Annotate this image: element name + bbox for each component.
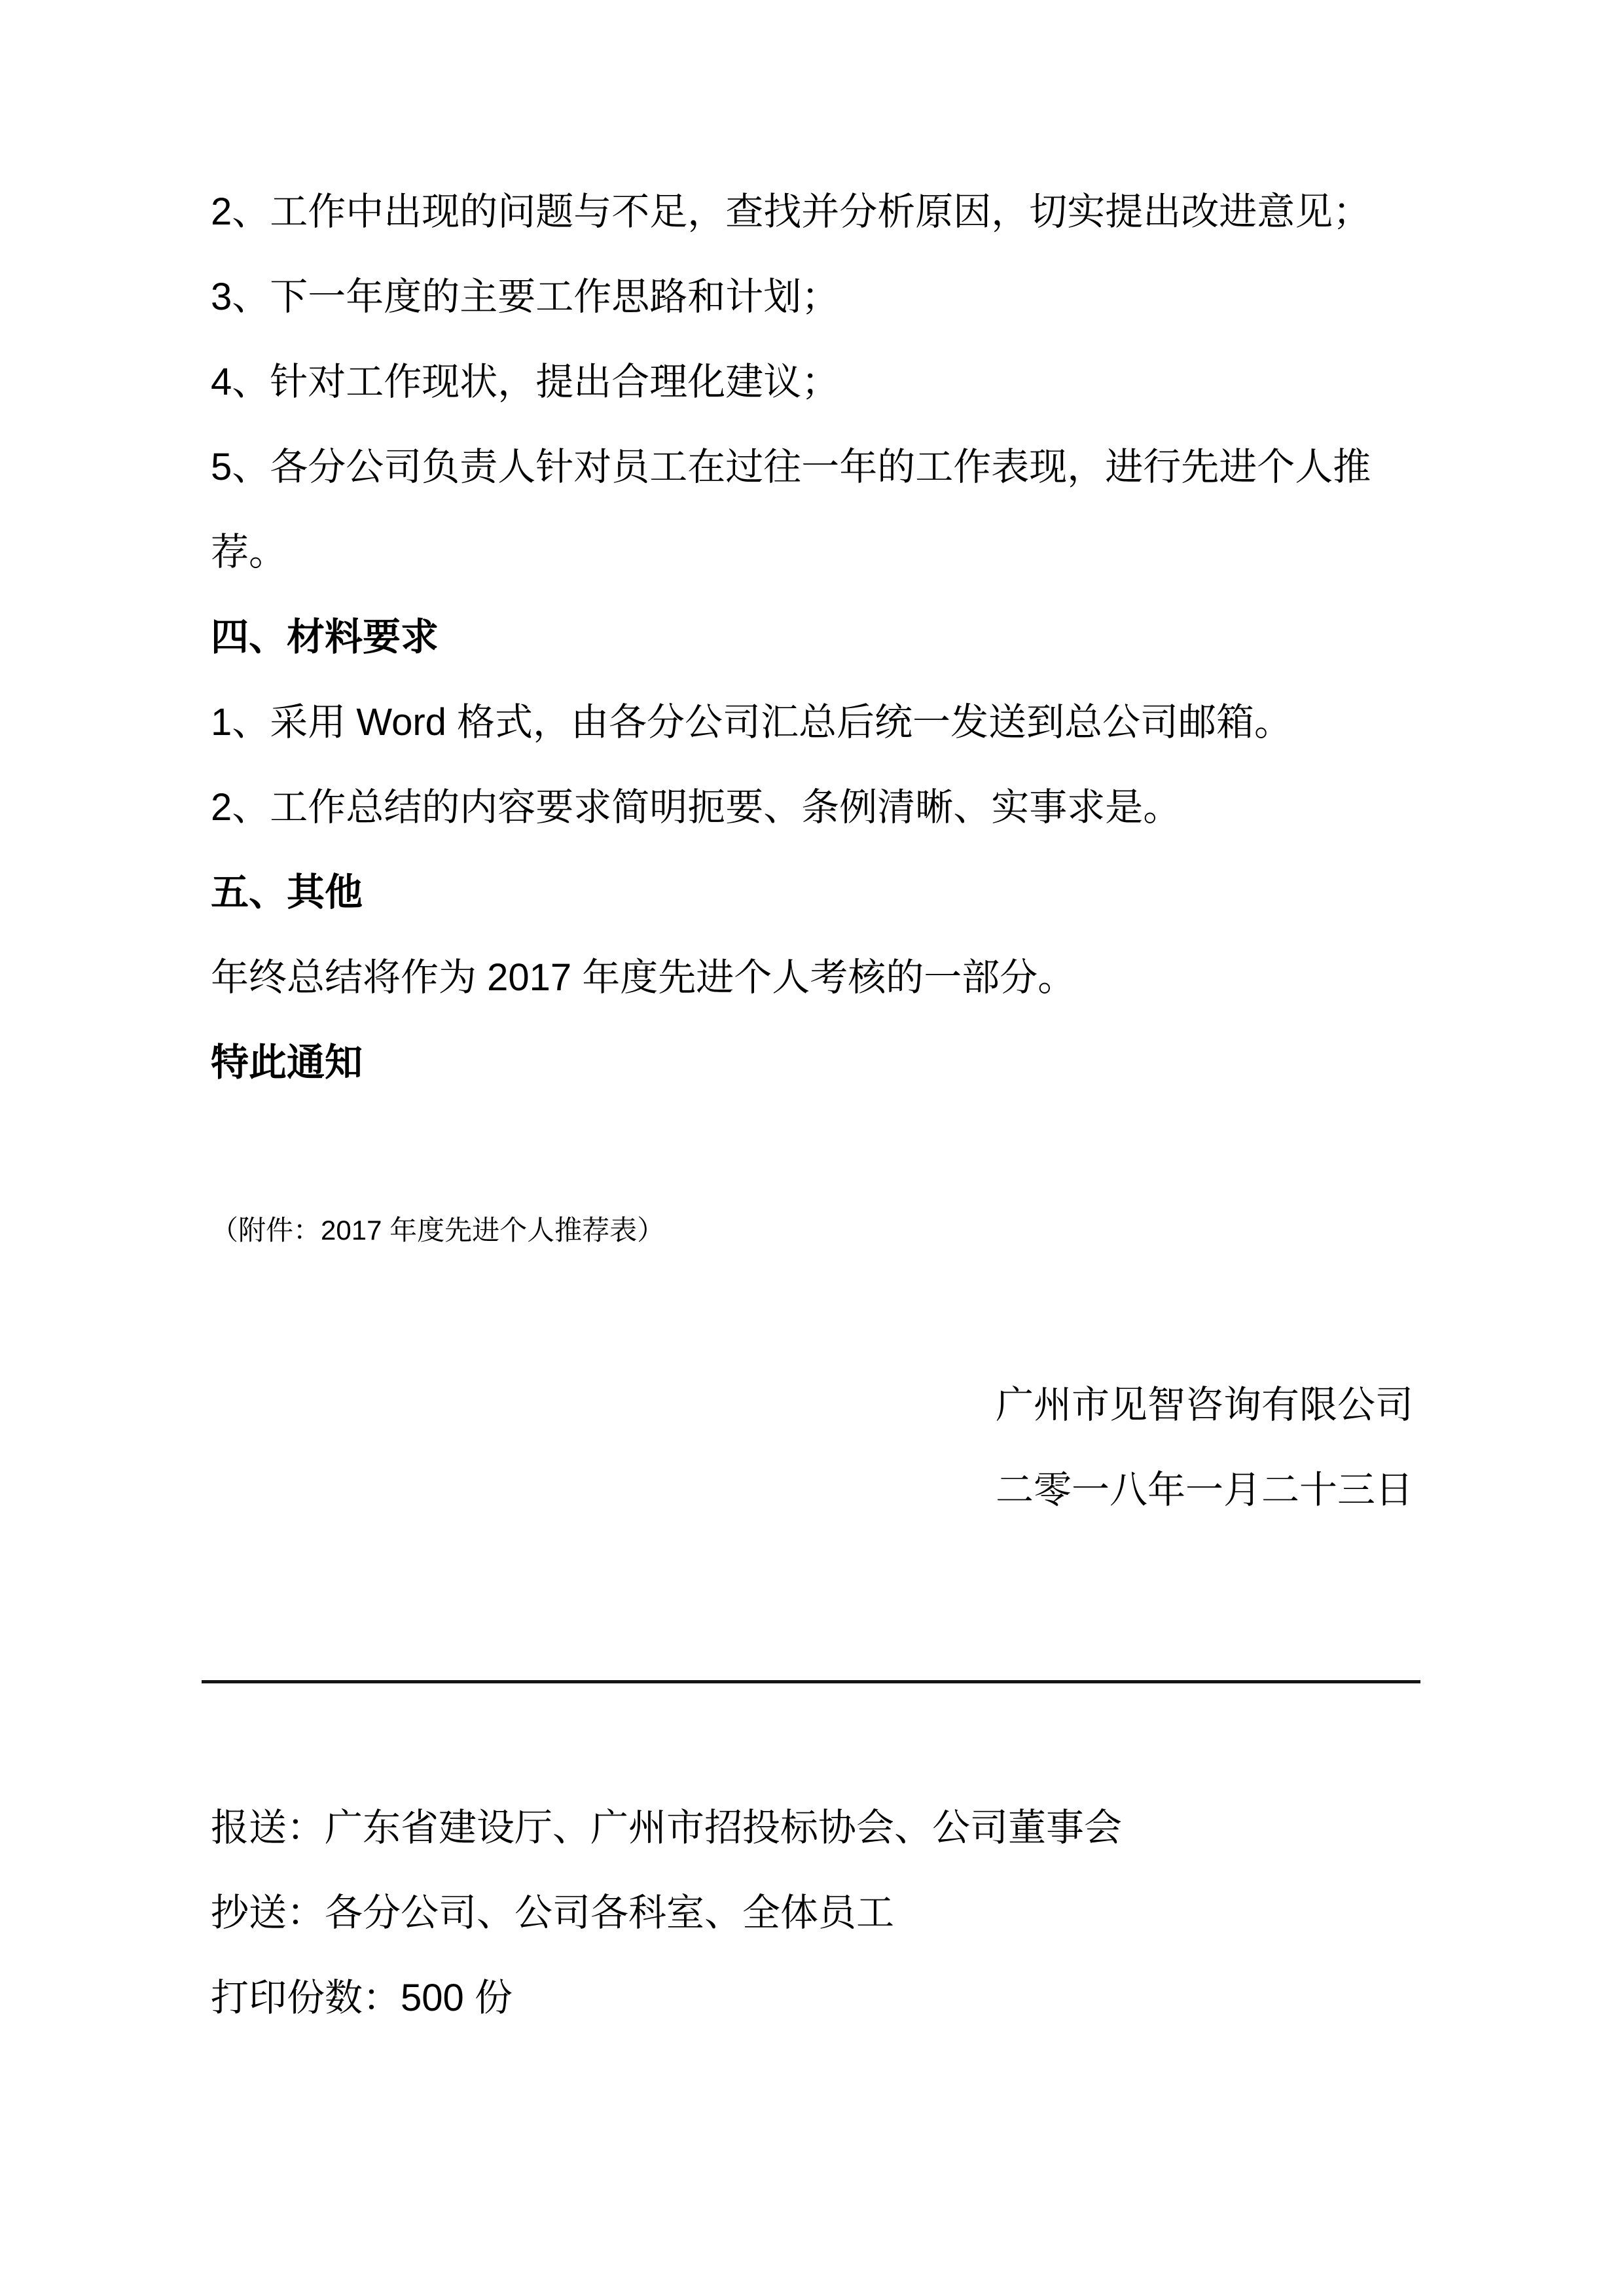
document-page: 2、工作中出现的问题与不足，查找并分析原因，切实提出改进意见； 3、下一年度的主… — [0, 0, 1624, 2296]
footer-print-count-line: 打印份数：500 份 — [211, 1956, 1413, 2041]
section4-item-1: 1、采用 Word 格式，由各分公司汇总后统一发送到总公司邮箱。 — [211, 680, 1413, 765]
footer-block: 报送：广东省建设厅、广州市招投标协会、公司董事会 抄送：各分公司、公司各科室、全… — [211, 1785, 1413, 2041]
signature-company: 广州市见智咨询有限公司 — [211, 1363, 1413, 1448]
section3-item-5: 5、各分公司负责人针对员工在过往一年的工作表现，进行先进个人推荐。 — [211, 425, 1413, 595]
section3-item-4: 4、针对工作现状，提出合理化建议； — [211, 340, 1413, 425]
section3-item-2: 2、工作中出现的问题与不足，查找并分析原因，切实提出改进意见； — [211, 170, 1413, 255]
attachment-note: （附件：2017 年度先进个人推荐表） — [211, 1188, 1413, 1273]
section5-heading: 五、其他 — [211, 850, 1413, 935]
signature-date: 二零一八年一月二十三日 — [211, 1448, 1413, 1533]
section4-item-2: 2、工作总结的内容要求简明扼要、条例清晰、实事求是。 — [211, 765, 1413, 850]
section4-heading: 四、材料要求 — [211, 595, 1413, 680]
footer-copy-line: 抄送：各分公司、公司各科室、全体员工 — [211, 1871, 1413, 1956]
notice-line: 特此通知 — [211, 1020, 1413, 1105]
signature-block: 广州市见智咨询有限公司 二零一八年一月二十三日 — [211, 1363, 1413, 1533]
section5-body: 年终总结将作为 2017 年度先进个人考核的一部分。 — [211, 935, 1413, 1020]
section3-item-3: 3、下一年度的主要工作思路和计划； — [211, 255, 1413, 340]
footer-report-line: 报送：广东省建设厅、广州市招投标协会、公司董事会 — [211, 1785, 1413, 1871]
footer-separator-line — [202, 1680, 1420, 1683]
